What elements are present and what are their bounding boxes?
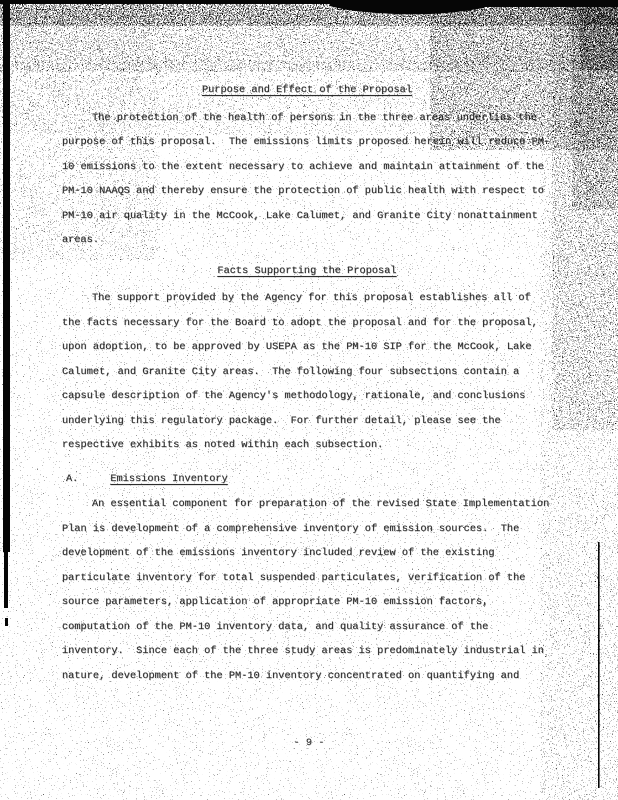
scanned-document-page: Purpose and Effect of the Proposal The p… bbox=[0, 0, 618, 800]
paragraph-purpose: The protection of the health of persons … bbox=[62, 106, 552, 253]
document-body: Purpose and Effect of the Proposal The p… bbox=[62, 78, 552, 688]
heading-facts: Facts Supporting the Proposal bbox=[62, 259, 552, 284]
paragraph-inventory: An essential component for preparation o… bbox=[62, 492, 552, 688]
top-edge-thick-right bbox=[480, 0, 618, 7]
page-number: - 9 - bbox=[0, 736, 618, 750]
left-edge-bar-taper bbox=[4, 550, 8, 608]
left-edge-bar bbox=[3, 0, 10, 552]
right-edge-line bbox=[598, 542, 600, 788]
section-a-title: Emissions Inventory bbox=[110, 473, 227, 485]
paragraph-facts: The support provided by the Agency for t… bbox=[62, 286, 552, 458]
top-edge-line bbox=[0, 0, 618, 4]
section-a-heading: A.Emissions Inventory bbox=[62, 467, 552, 492]
heading-purpose: Purpose and Effect of the Proposal bbox=[62, 78, 552, 103]
left-edge-tick bbox=[5, 618, 8, 626]
top-edge-blob bbox=[328, 0, 486, 14]
section-a-label: A. bbox=[62, 467, 78, 492]
